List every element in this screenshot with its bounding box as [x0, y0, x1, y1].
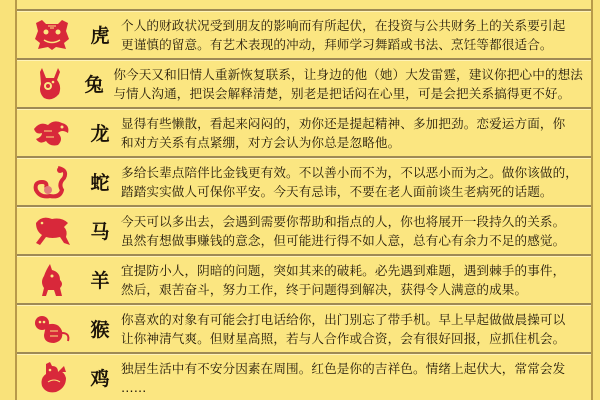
- horoscope-row-horse: 马 今天可以多出去，会遇到需要你帮助和指点的人，你也将展开一段持久的关系。 虽然…: [17, 207, 591, 256]
- horoscope-row-dragon: 龙 显得有些懒散，看起来闷闷的，劝你还是提起精神、多加把劲。恋爱运方面，你 和对…: [17, 109, 591, 158]
- horoscope-row-tiger: 虎 个人的财政状况受到朋友的影响而有所起伏，在投资与公共财务上的关系要引起 更谨…: [17, 11, 591, 60]
- animal-label: 马: [79, 217, 121, 244]
- fortune-text: 今天可以多出去，会遇到需要你帮助和指点的人，你也将展开一段持久的关系。 虽然有想…: [121, 212, 591, 250]
- fortune-text: 多给长辈点陪伴比金钱更有效。不以善小而不为，不以恶小而为之。做你该做的， 踏踏实…: [121, 163, 591, 201]
- horoscope-row-ox: ……: [17, 0, 591, 11]
- snake-papercut-icon: [27, 162, 77, 202]
- fortune-text: 个人的财政状况受到朋友的影响而有所起伏，在投资与公共财务上的关系要引起 更谨慎的…: [121, 16, 591, 54]
- fortune-text: 宜提防小人，阴暗的问题，突如其来的破耗。必先遇到难题，遇到棘手的事件， 然后，艰…: [121, 261, 591, 299]
- horoscope-row-rooster: 鸡 独居生活中有不安分因素在周围。红色是你的吉祥色。情绪上起伏大，常常会发 ……: [17, 354, 591, 400]
- fortune-text: 你今天又和旧情人重新恢复联系，让身边的他（她）大发雷霆，建议你把心中的想法 与情…: [113, 65, 591, 103]
- horoscope-row-monkey: 猴 你喜欢的对象有可能会打电话给你，出门别忘了带手机。早上早起做做晨操可以 让你…: [17, 305, 591, 354]
- horoscope-row-snake: 蛇 多给长辈点陪伴比金钱更有效。不以善小而不为，不以恶小而为之。做你该做的， 踏…: [17, 158, 591, 207]
- fortune-text: 独居生活中有不安分因素在周围。红色是你的吉祥色。情绪上起伏大，常常会发 ……: [121, 359, 591, 397]
- dragon-papercut-icon: [27, 113, 77, 153]
- animal-label: 鸡: [79, 364, 121, 391]
- fortune-text: 显得有些懒散，看起来闷闷的，劝你还是提起精神、多加把劲。恋爱运方面，你 和对方关…: [121, 114, 591, 152]
- horoscope-table: …… 虎 个人的财政状况受到朋友的影响而有所起伏，在投资与公共财务上的关系要引起…: [15, 0, 593, 400]
- ox-papercut-icon: [27, 0, 77, 6]
- tiger-papercut-icon: [27, 15, 77, 55]
- goat-papercut-icon: [27, 260, 77, 300]
- animal-label: 羊: [79, 266, 121, 293]
- horse-papercut-icon: [27, 211, 77, 251]
- animal-label: 猴: [79, 315, 121, 342]
- rabbit-papercut-icon: [27, 64, 73, 104]
- rooster-papercut-icon: [27, 358, 77, 398]
- monkey-papercut-icon: [27, 309, 77, 349]
- animal-label: 蛇: [79, 168, 121, 195]
- horoscope-row-rabbit: 兔 你今天又和旧情人重新恢复联系，让身边的他（她）大发雷霆，建议你把心中的想法 …: [17, 60, 591, 109]
- horoscope-row-goat: 羊 宜提防小人，阴暗的问题，突如其来的破耗。必先遇到难题，遇到棘手的事件， 然后…: [17, 256, 591, 305]
- animal-label: 兔: [75, 70, 114, 97]
- animal-label: 虎: [79, 21, 121, 48]
- fortune-text: 你喜欢的对象有可能会打电话给你，出门别忘了带手机。早上早起做做晨操可以 让你神清…: [121, 310, 591, 348]
- animal-label: 龙: [79, 119, 121, 146]
